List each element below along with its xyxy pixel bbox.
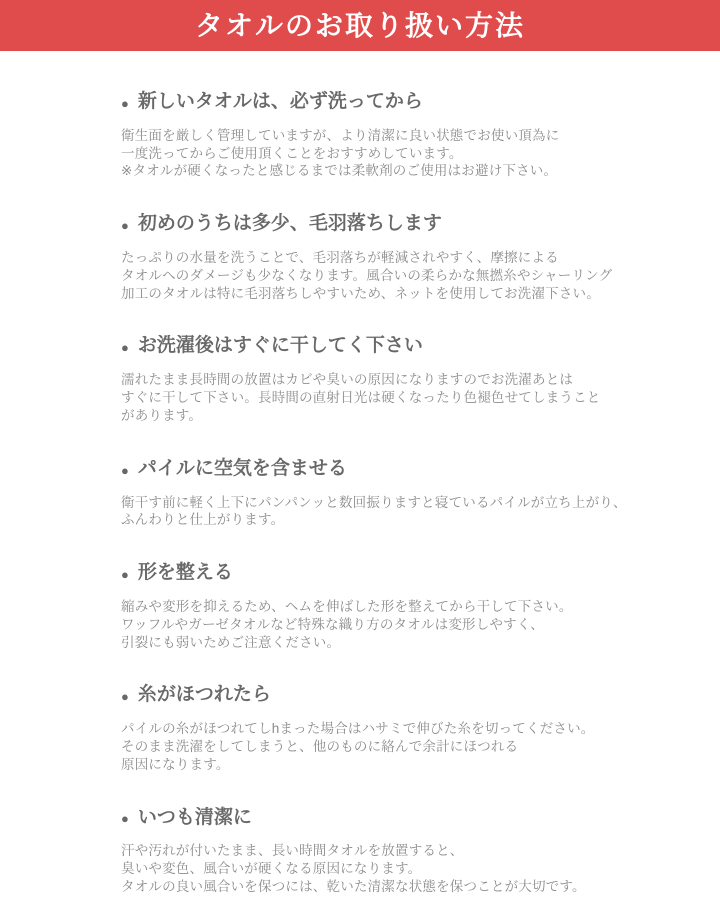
section-heading: ● パイルに空気を含ませる	[121, 458, 681, 481]
section-heading-text: 新しいタオルは、必ず洗ってから	[138, 91, 423, 114]
bullet-icon: ●	[121, 97, 129, 110]
bullet-icon: ●	[121, 568, 129, 581]
section-heading-text: 糸がほつれたら	[138, 684, 271, 707]
section-keep-clean: ● いつも清潔に 汗や汚れが付いたまま、長い時間タオルを放置すると、 臭いや変色…	[121, 807, 681, 896]
section-body-text: 濡れたまま長時間の放置はカビや臭いの原因になりますのでお洗濯あとは すぐに干して…	[121, 371, 681, 424]
section-heading-text: いつも清潔に	[138, 807, 252, 830]
section-heading: ● 形を整える	[121, 562, 681, 585]
section-wash-new-towel: ● 新しいタオルは、必ず洗ってから 衛生面を厳しく管理していますが、より清潔に良…	[121, 91, 681, 180]
section-fluff-pile: ● パイルに空気を含ませる 衛干す前に軽く上下にパンパンッと数回振りますと寝てい…	[121, 458, 681, 529]
section-reshape: ● 形を整える 縮みや変形を抑えるため、ヘムを伸ばした形を整えてから干して下さい…	[121, 562, 681, 651]
section-heading: ● 初めのうちは多少、毛羽落ちします	[121, 213, 681, 236]
section-body-text: 衛干す前に軽く上下にパンパンッと数回振りますと寝ているパイルが立ち上がり、 ふん…	[121, 494, 681, 530]
bullet-icon: ●	[121, 219, 129, 232]
section-heading: ● 糸がほつれたら	[121, 684, 681, 707]
section-heading-text: 形を整える	[138, 562, 233, 585]
bullet-icon: ●	[121, 341, 129, 354]
section-heading: ● 新しいタオルは、必ず洗ってから	[121, 91, 681, 114]
section-heading: ● いつも清潔に	[121, 807, 681, 830]
page-title: タオルのお取り扱い方法	[195, 12, 525, 40]
section-dry-immediately: ● お洗濯後はすぐに干してく下さい 濡れたまま長時間の放置はカビや臭いの原因にな…	[121, 335, 681, 424]
section-body-text: パイルの糸がほつれてしhまった場合はハサミで伸びた糸を切ってください。 そのまま…	[121, 720, 681, 773]
section-loose-threads: ● 糸がほつれたら パイルの糸がほつれてしhまった場合はハサミで伸びた糸を切って…	[121, 684, 681, 773]
section-body-text: たっぷりの水量を洗うことで、毛羽落ちが軽減されやすく、摩擦による タオルへのダメ…	[121, 249, 681, 302]
section-heading-text: お洗濯後はすぐに干してく下さい	[138, 335, 423, 358]
bullet-icon: ●	[121, 812, 129, 825]
section-heading-text: パイルに空気を含ませる	[138, 458, 347, 481]
header-banner: タオルのお取り扱い方法	[0, 0, 720, 51]
section-lint-shedding: ● 初めのうちは多少、毛羽落ちします たっぷりの水量を洗うことで、毛羽落ちが軽減…	[121, 213, 681, 302]
section-body-text: 汗や汚れが付いたまま、長い時間タオルを放置すると、 臭いや変色、風合いが硬くなる…	[121, 842, 681, 895]
section-heading-text: 初めのうちは多少、毛羽落ちします	[138, 213, 442, 236]
section-heading: ● お洗濯後はすぐに干してく下さい	[121, 335, 681, 358]
section-body-text: 縮みや変形を抑えるため、ヘムを伸ばした形を整えてから干して下さい。 ワッフルやガ…	[121, 598, 681, 651]
bullet-icon: ●	[121, 690, 129, 703]
content-area: ● 新しいタオルは、必ず洗ってから 衛生面を厳しく管理していますが、より清潔に良…	[0, 51, 720, 896]
section-body-text: 衛生面を厳しく管理していますが、より清潔に良い状態でお使い頂為に 一度洗ってから…	[121, 127, 681, 180]
page: タオルのお取り扱い方法 ● 新しいタオルは、必ず洗ってから 衛生面を厳しく管理し…	[0, 0, 720, 900]
bullet-icon: ●	[121, 464, 129, 477]
